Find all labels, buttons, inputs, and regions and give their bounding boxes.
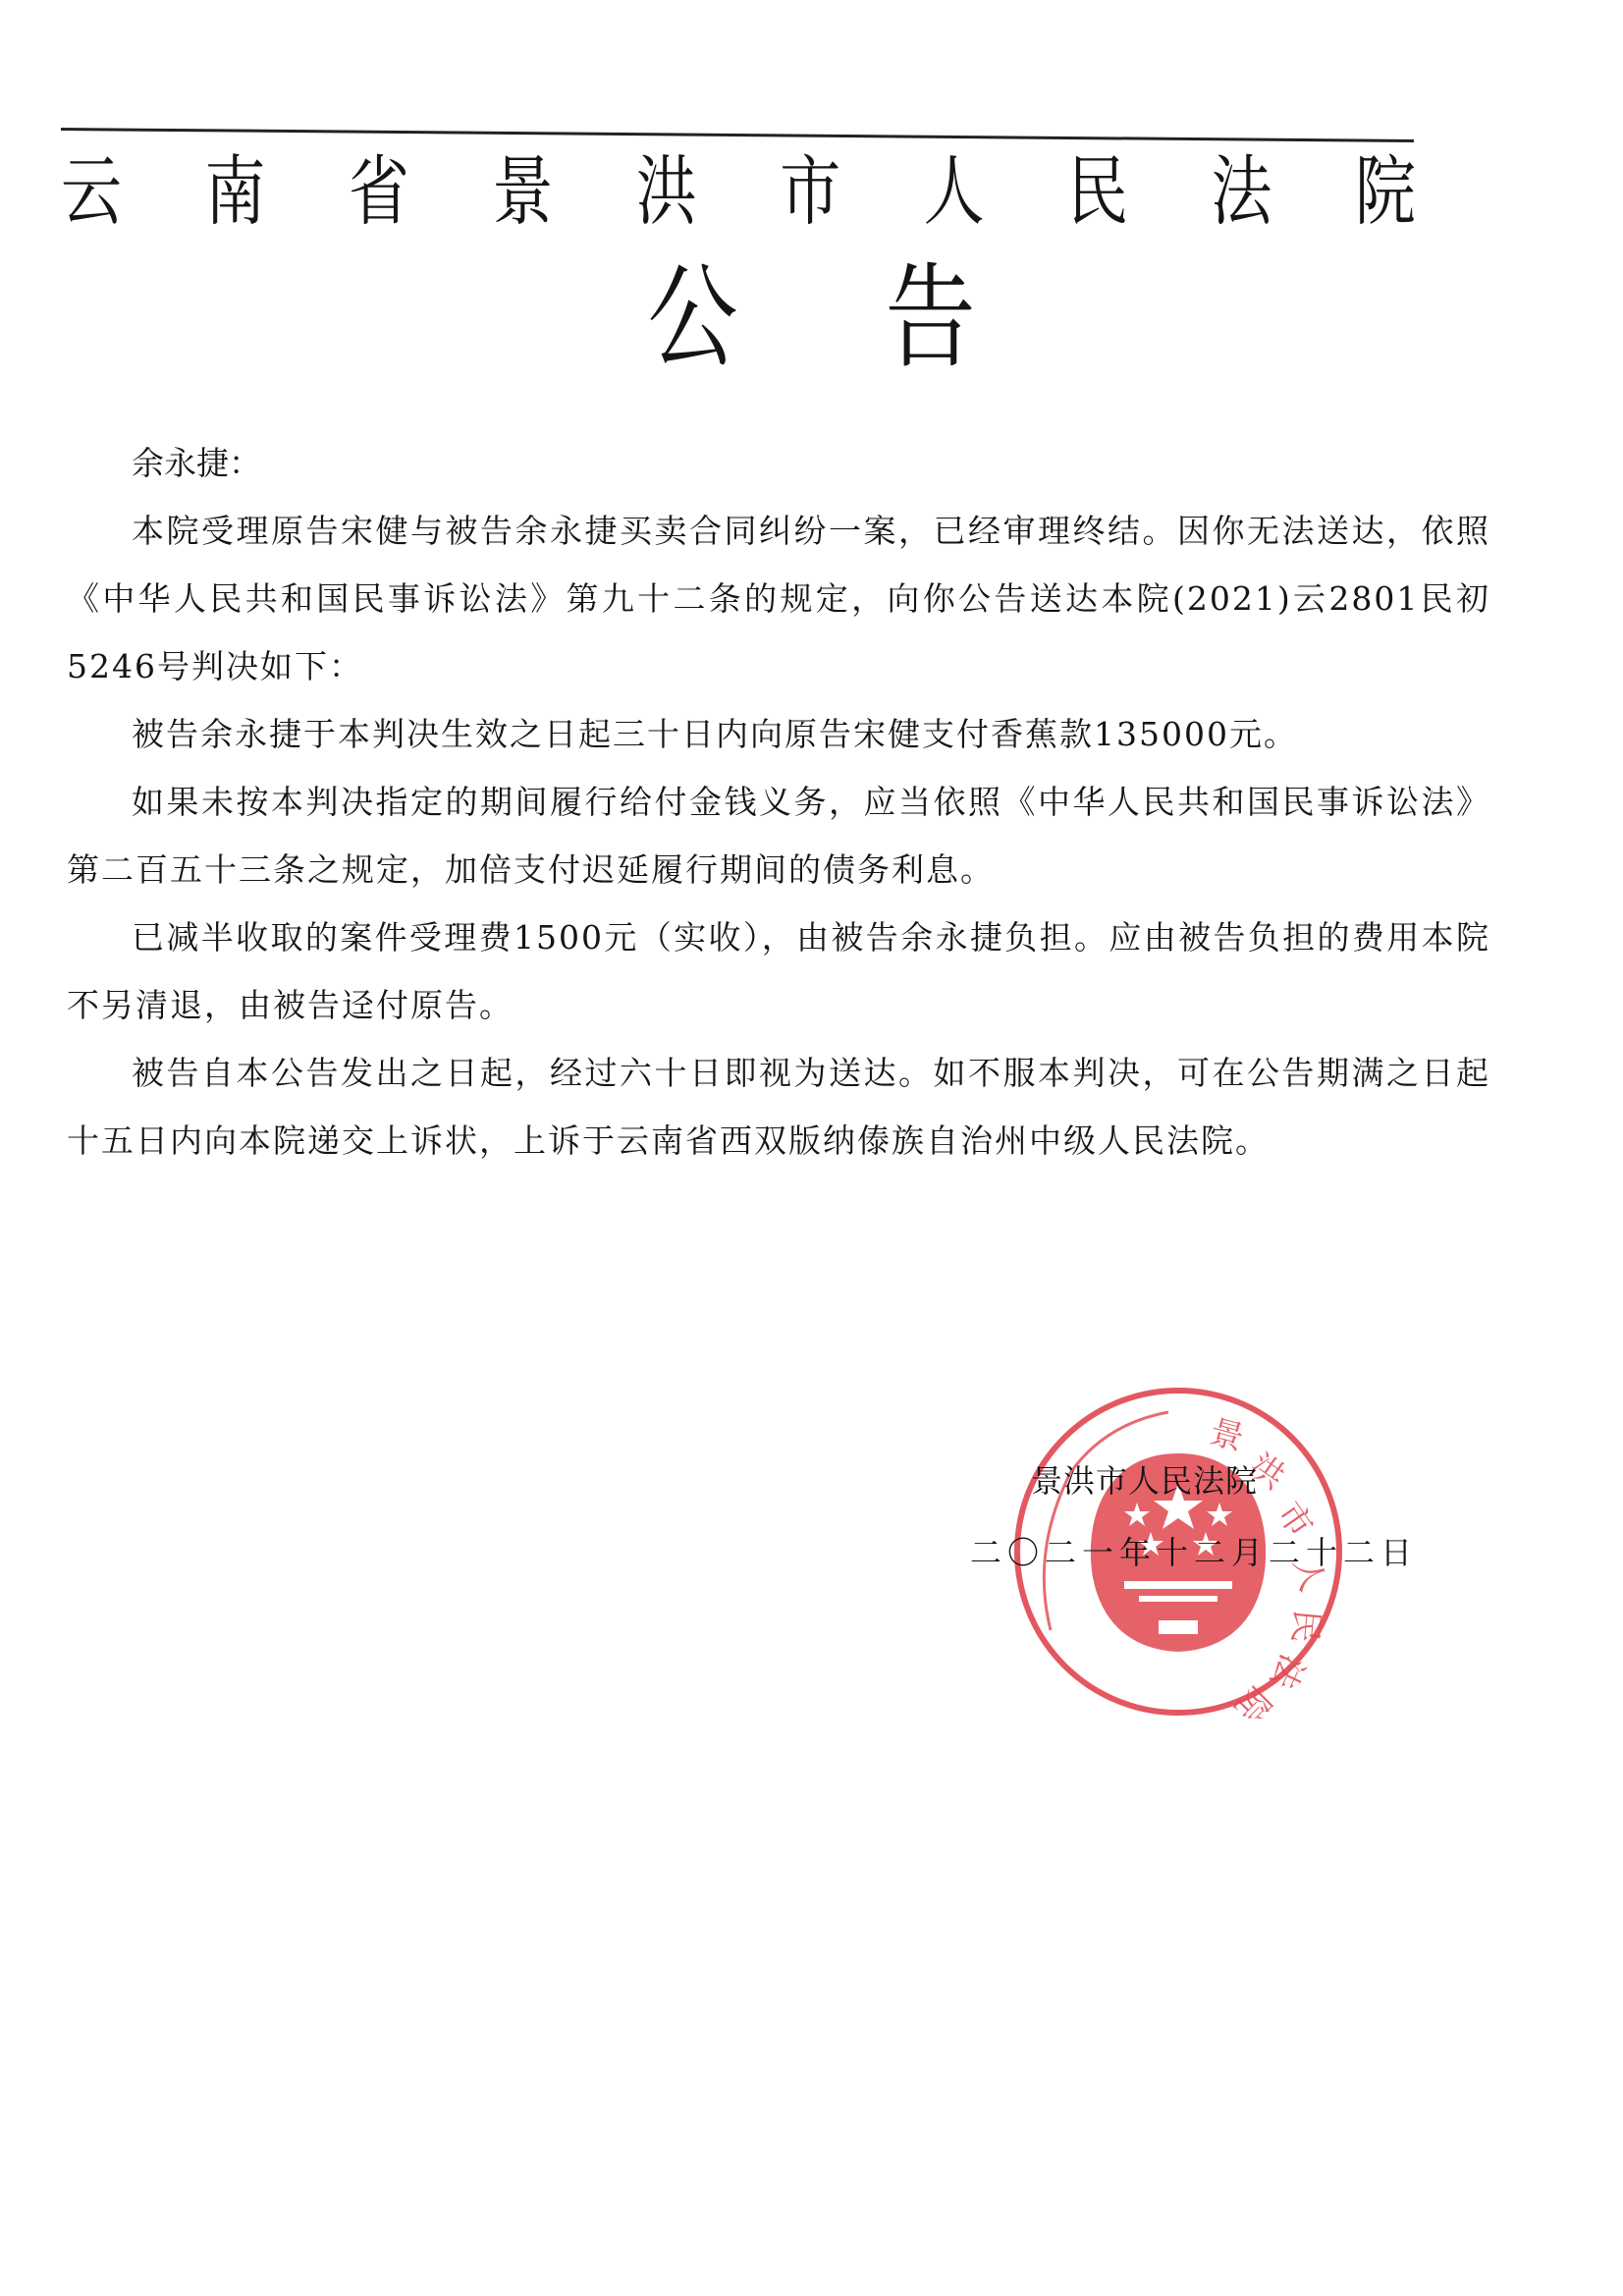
court-char: 南 — [204, 130, 265, 239]
paragraph-service-appeal: 被告自本公告发出之日起，经过六十日即视为送达。如不服本判决，可在公告期满之日起十… — [67, 1039, 1490, 1175]
notice-body: 余永捷： 本院受理原告宋健与被告余永捷买卖合同纠纷一案，已经审理终结。因你无法送… — [67, 429, 1490, 1175]
court-name-heading: 云 南 省 景 洪 市 人 民 法 院 — [61, 145, 1416, 224]
signature-court-name: 景洪市人民法院 — [1031, 1456, 1258, 1502]
court-char: 市 — [780, 130, 840, 239]
paragraph-judgment: 被告余永捷于本判决生效之日起三十日内向原告宋健支付香蕉款135000元。 — [67, 700, 1490, 768]
title-char: 告 — [886, 228, 1123, 390]
court-char: 景 — [492, 130, 553, 239]
signature-date: 二〇二一年十二月二十二日 — [970, 1528, 1418, 1573]
title-char: 公 — [647, 228, 885, 390]
court-char: 院 — [1355, 130, 1416, 239]
document-title: 公告 — [0, 244, 1623, 373]
paragraph-court-fees: 已减半收取的案件受理费1500元（实收），由被告余永捷负担。应由被告负担的费用本… — [67, 903, 1490, 1039]
court-char: 省 — [349, 130, 409, 239]
court-char: 云 — [61, 130, 122, 239]
court-char: 法 — [1212, 130, 1272, 239]
svg-text:景: 景 — [1206, 1412, 1248, 1458]
paragraph-case-intro: 本院受理原告宋健与被告余永捷买卖合同纠纷一案，已经审理终结。因你无法送达，依照《… — [67, 497, 1490, 700]
svg-text:民: 民 — [1284, 1608, 1326, 1644]
paragraph-late-interest: 如果未按本判决指定的期间履行给付金钱义务，应当依照《中华人民共和国民事诉讼法》第… — [67, 768, 1490, 903]
salutation: 余永捷： — [67, 429, 1490, 497]
court-char: 民 — [1067, 130, 1128, 239]
court-char: 人 — [924, 130, 985, 239]
court-char: 洪 — [636, 130, 697, 239]
